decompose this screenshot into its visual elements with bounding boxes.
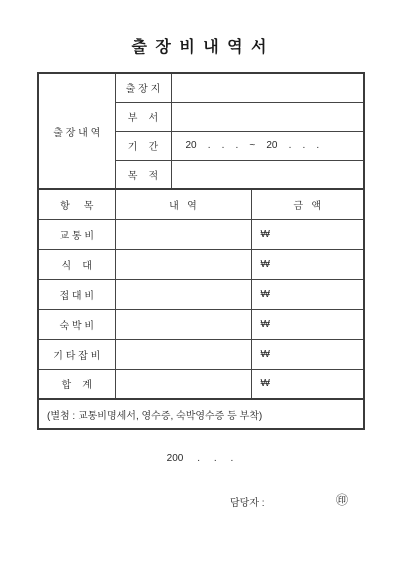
transport-detail-cell[interactable]	[115, 219, 251, 249]
total-detail-cell[interactable]	[115, 369, 251, 399]
misc-label: 기 타 잡 비	[38, 339, 115, 369]
won-sign: ₩	[261, 289, 270, 300]
won-sign: ₩	[261, 319, 270, 330]
entertainment-detail-cell[interactable]	[115, 279, 251, 309]
meals-label: 식 대	[38, 249, 115, 279]
header-amount: 금 액	[251, 189, 364, 219]
signer-label: 담당자 :	[230, 494, 265, 509]
seal-mark: ㊞	[336, 491, 348, 508]
expense-row-lodging: 숙 박 비 ₩	[38, 309, 364, 339]
entertainment-amount-cell[interactable]: ₩	[251, 279, 364, 309]
purpose-value-cell[interactable]	[171, 160, 364, 189]
attachment-note-row: (별첨 : 교통비명세서, 영수증, 숙박영수증 등 부착)	[38, 399, 364, 429]
expense-form-table: 출 장 내 역 출 장 지 부 서 기 간 20 . . . ~ 20 . . …	[37, 72, 365, 430]
destination-label: 출 장 지	[115, 73, 171, 102]
expense-row-misc: 기 타 잡 비 ₩	[38, 339, 364, 369]
won-sign: ₩	[261, 378, 270, 389]
won-sign: ₩	[261, 349, 270, 360]
lodging-label: 숙 박 비	[38, 309, 115, 339]
destination-value-cell[interactable]	[171, 73, 364, 102]
trip-row-destination: 출 장 내 역 출 장 지	[38, 73, 364, 102]
document-page: 출 장 비 내 역 서 출 장 내 역 출 장 지 부 서 기 간 20 . .…	[0, 0, 400, 565]
period-value-cell[interactable]: 20 . . . ~ 20 . . .	[171, 131, 364, 160]
total-label: 합 계	[38, 369, 115, 399]
meals-detail-cell[interactable]	[115, 249, 251, 279]
expense-row-meals: 식 대 ₩	[38, 249, 364, 279]
expense-row-total: 합 계 ₩	[38, 369, 364, 399]
misc-amount-cell[interactable]: ₩	[251, 339, 364, 369]
expense-row-entertainment: 접 대 비 ₩	[38, 279, 364, 309]
header-detail: 내 역	[115, 189, 251, 219]
transport-amount-cell[interactable]: ₩	[251, 219, 364, 249]
misc-detail-cell[interactable]	[115, 339, 251, 369]
attachment-note: (별첨 : 교통비명세서, 영수증, 숙박영수증 등 부착)	[38, 399, 364, 429]
period-label: 기 간	[115, 131, 171, 160]
purpose-label: 목 적	[115, 160, 171, 189]
trip-info-section-label: 출 장 내 역	[38, 73, 115, 189]
department-value-cell[interactable]	[171, 102, 364, 131]
entertainment-label: 접 대 비	[38, 279, 115, 309]
department-label: 부 서	[115, 102, 171, 131]
page-title: 출 장 비 내 역 서	[0, 34, 400, 57]
expense-row-transport: 교 통 비 ₩	[38, 219, 364, 249]
lodging-amount-cell[interactable]: ₩	[251, 309, 364, 339]
lodging-detail-cell[interactable]	[115, 309, 251, 339]
won-sign: ₩	[261, 259, 270, 270]
transport-label: 교 통 비	[38, 219, 115, 249]
meals-amount-cell[interactable]: ₩	[251, 249, 364, 279]
total-amount-cell[interactable]: ₩	[251, 369, 364, 399]
date-line: 200 . . .	[0, 453, 400, 464]
expense-header-row: 항 목 내 역 금 액	[38, 189, 364, 219]
won-sign: ₩	[261, 229, 270, 240]
header-item: 항 목	[38, 189, 115, 219]
